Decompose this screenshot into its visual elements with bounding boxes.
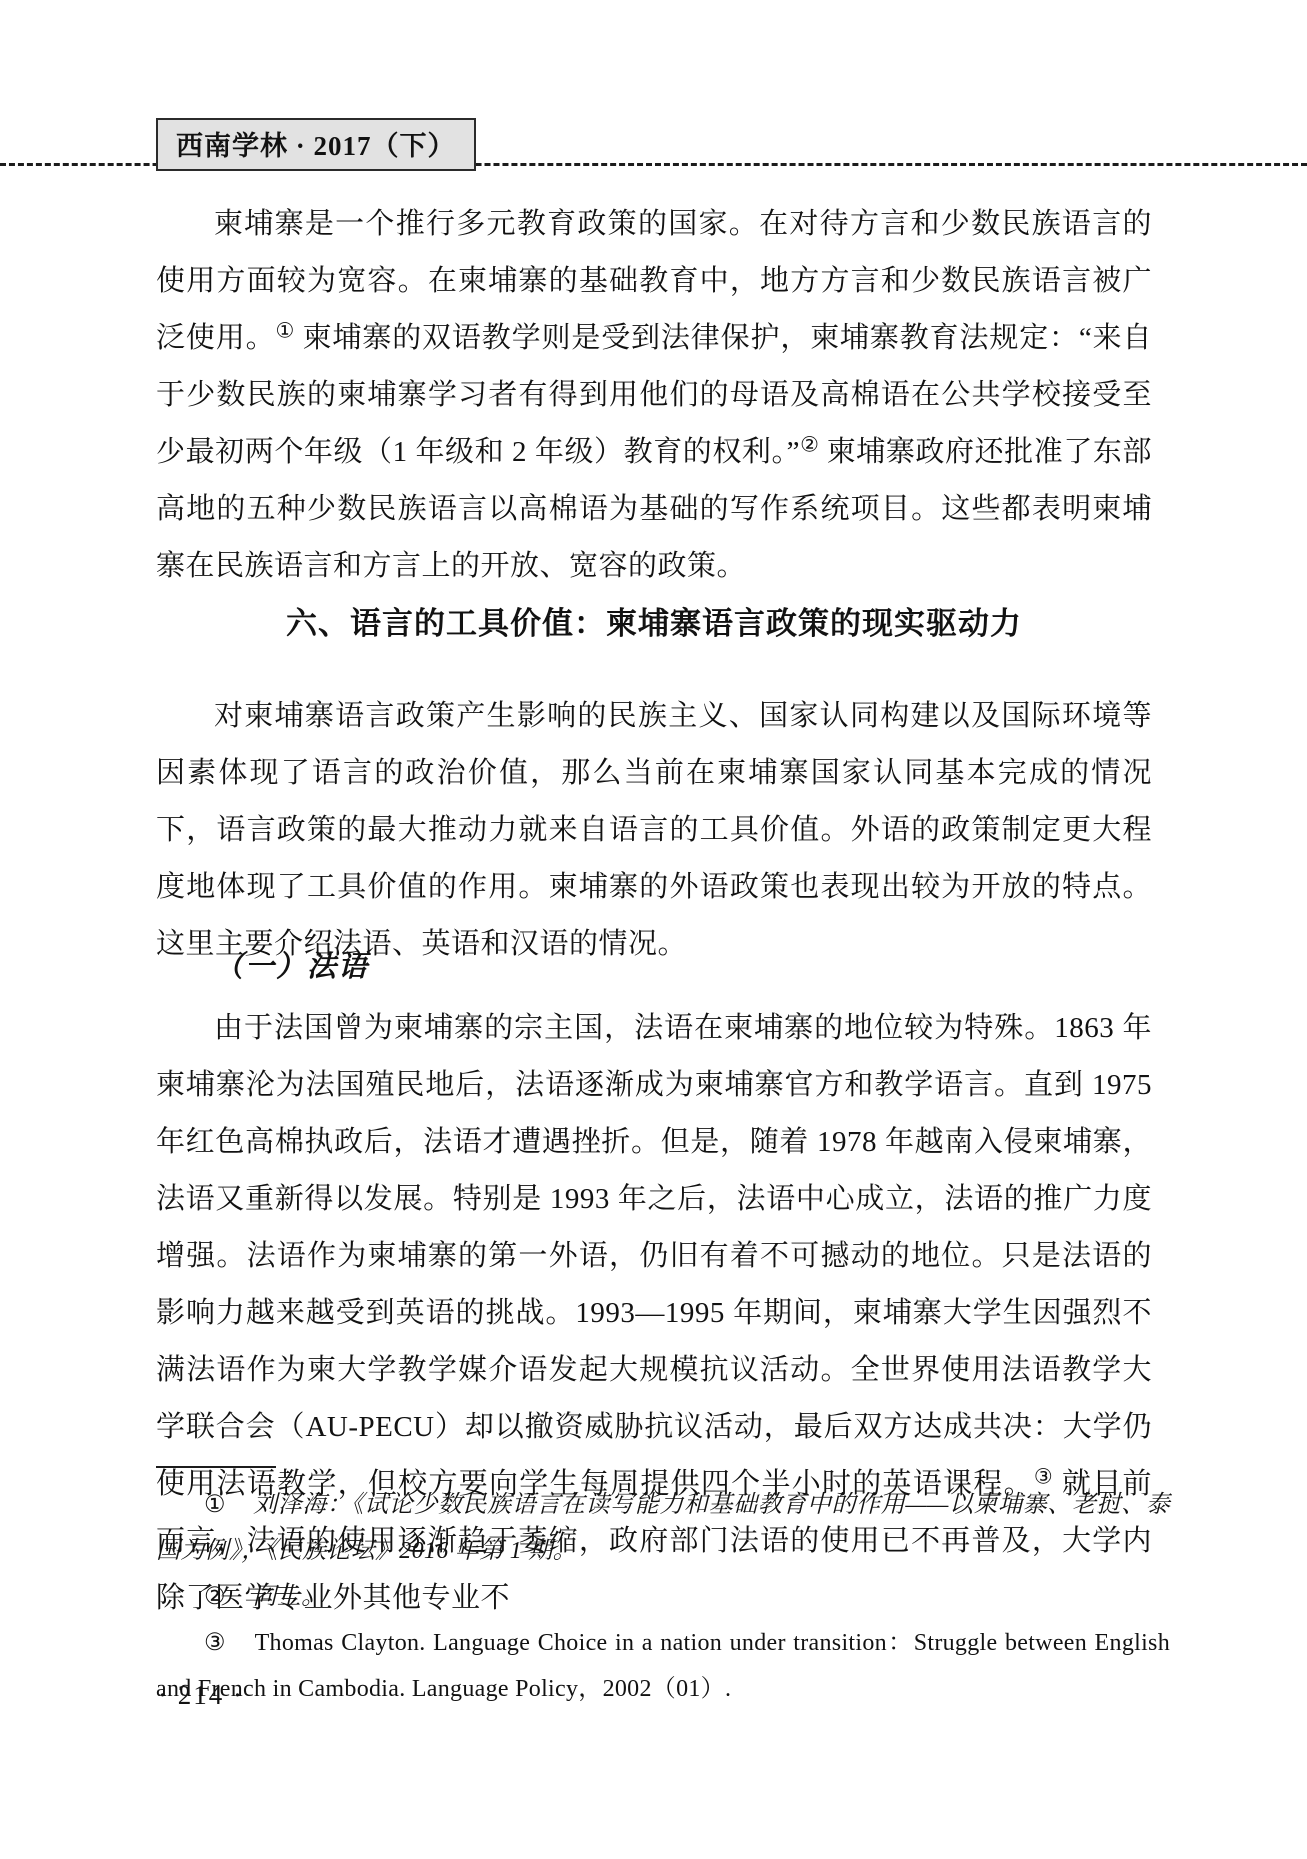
footnote-2-text: 同上。 <box>253 1584 326 1610</box>
footnote-3-text: Thomas Clayton. Language Choice in a nat… <box>156 1630 1170 1702</box>
body-paragraph-2: 对柬埔寨语言政策产生影响的民族主义、国家认同构建以及国际环境等因素体现了语言的政… <box>156 688 1152 973</box>
journal-title: 西南学林 · 2017（下） <box>176 131 456 161</box>
body-paragraph-1: 柬埔寨是一个推行多元教育政策的国家。在对待方言和少数民族语言的使用方面较为宽容。… <box>156 196 1152 595</box>
footnote-separator <box>156 1466 276 1468</box>
footnote-3-marker: ③ <box>204 1630 227 1656</box>
page-number: · 214 · <box>158 1680 244 1711</box>
sub-section-heading: （一）法语 <box>156 944 1152 985</box>
footnote-3: ③ Thomas Clayton. Language Choice in a n… <box>156 1620 1170 1712</box>
footnote-1-marker: ① <box>204 1492 226 1518</box>
footnote-2-marker: ② <box>204 1584 226 1610</box>
journal-title-box: 西南学林 · 2017（下） <box>156 118 476 171</box>
footnote-1: ① 刘泽海：《试论少数民族语言在读写能力和基础教育中的作用——以柬埔寨、老挝、泰… <box>156 1482 1170 1574</box>
footnotes-block: ① 刘泽海：《试论少数民族语言在读写能力和基础教育中的作用——以柬埔寨、老挝、泰… <box>156 1482 1170 1712</box>
footnote-1-text: 刘泽海：《试论少数民族语言在读写能力和基础教育中的作用——以柬埔寨、老挝、泰国为… <box>156 1492 1170 1564</box>
section-heading: 六、语言的工具价值：柬埔寨语言政策的现实驱动力 <box>156 598 1152 643</box>
footnote-2: ② 同上。 <box>156 1574 1170 1620</box>
